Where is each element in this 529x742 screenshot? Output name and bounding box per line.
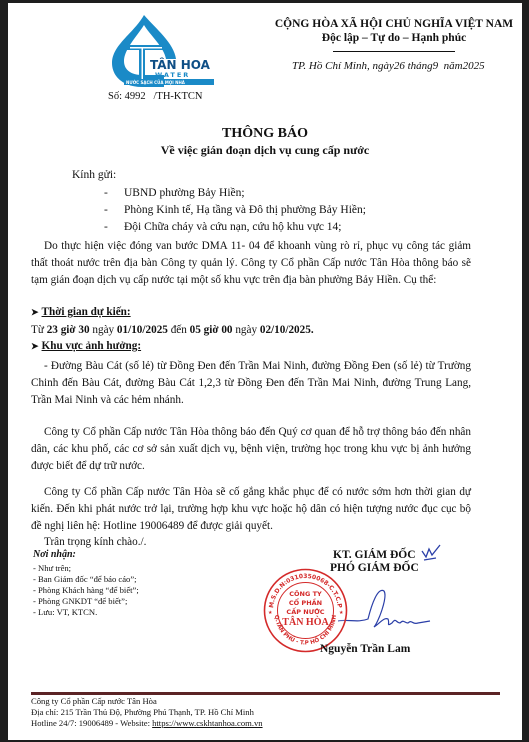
- cc-item: - Như trên;: [33, 563, 71, 573]
- section-area-heading: ➤Khu vực ảnh hưởng:: [31, 340, 141, 352]
- svg-text:CÔNG TY: CÔNG TY: [289, 589, 322, 598]
- company-seal: M.S.D.N:0310350068-C.T.C.P Q.TÂN PHÚ - T…: [263, 568, 348, 653]
- document-number: Số: 4992 /TH-KTCN: [108, 91, 203, 102]
- svg-text:TÂN HÒA: TÂN HÒA: [282, 616, 329, 628]
- signer-title-1: KT. GIÁM ĐỐC: [333, 549, 416, 561]
- document-page: TÂN HOA WATER NƯỚC SẠCH CỦA MỌI NHÀ Số: …: [8, 3, 522, 740]
- cc-item: - Lưu: VT, KTCN.: [33, 607, 97, 617]
- national-motto: Độc lập – Tự do – Hạnh phúc: [264, 32, 522, 44]
- svg-text:CỔ PHẦN: CỔ PHẦN: [289, 597, 322, 607]
- recipient-item: -Phòng Kinh tế, Hạ tầng và Đô thị phường…: [104, 204, 366, 216]
- document-title: THÔNG BÁO: [8, 126, 522, 142]
- time-range: Từ 23 giờ 30 ngày 01/10/2025 đến 05 giờ …: [31, 322, 471, 339]
- svg-text:CẤP NƯỚC: CẤP NƯỚC: [286, 606, 324, 616]
- tan-hoa-water-logo: TÂN HOA WATER NƯỚC SẠCH CỦA MỌI NHÀ: [104, 13, 219, 88]
- svg-text:NƯỚC SẠCH CỦA MỌI NHÀ: NƯỚC SẠCH CỦA MỌI NHÀ: [126, 80, 186, 85]
- affected-area: - Đường Bàu Cát (số lẻ) từ Đồng Đen đến …: [31, 358, 471, 410]
- national-title: CỘNG HÒA XÃ HỘI CHỦ NGHĨA VIỆT NAM: [264, 18, 522, 30]
- cc-item: - Phòng GNKDT “để biết”;: [33, 596, 127, 606]
- document-subtitle: Về việc gián đoạn dịch vụ cung cấp nước: [8, 143, 522, 158]
- cc-heading: Nơi nhận:: [33, 549, 76, 560]
- restore-paragraph: Công ty Cổ phần Cấp nước Tân Hòa sẽ cố g…: [31, 484, 471, 536]
- notify-paragraph: Công ty Cổ phần Cấp nước Tân Hòa thông b…: [31, 424, 471, 476]
- greeting: Kính gửi:: [72, 169, 116, 181]
- cc-item: - Ban Giám đốc “để báo cáo”;: [33, 574, 137, 584]
- svg-text:★: ★: [339, 610, 344, 616]
- initials-mark: [420, 543, 442, 563]
- signer-name: Nguyễn Trần Lam: [320, 643, 410, 655]
- cc-item: - Phòng Khách hàng “để biết”;: [33, 585, 139, 595]
- footer-divider: [31, 692, 500, 695]
- footer-company: Công ty Cổ phần Cấp nước Tân Hòa: [31, 696, 157, 706]
- recipient-item: -Đội Chữa cháy và cứu nạn, cứu hộ khu vự…: [104, 221, 342, 233]
- header-divider: [333, 51, 455, 52]
- footer-address: Địa chỉ: 215 Trần Thủ Độ, Phường Phú Thạ…: [31, 707, 254, 717]
- svg-text:WATER: WATER: [155, 71, 190, 79]
- intro-paragraph: Do thực hiện việc đóng van bước DMA 11- …: [31, 238, 471, 290]
- svg-text:TÂN HOA: TÂN HOA: [150, 57, 211, 72]
- website-link[interactable]: https://www.cskhtanhoa.com.vn: [152, 718, 262, 728]
- section-time-heading: ➤Thời gian dự kiến:: [31, 306, 131, 318]
- dateline: TP. Hồ Chí Minh, ngày26 tháng9 năm2025: [292, 60, 485, 72]
- signature: [338, 583, 433, 638]
- svg-text:★: ★: [268, 610, 273, 616]
- recipient-item: -UBND phường Bảy Hiền;: [104, 187, 245, 199]
- footer-contact: Hotline 24/7: 19006489 - Website: https:…: [31, 718, 263, 728]
